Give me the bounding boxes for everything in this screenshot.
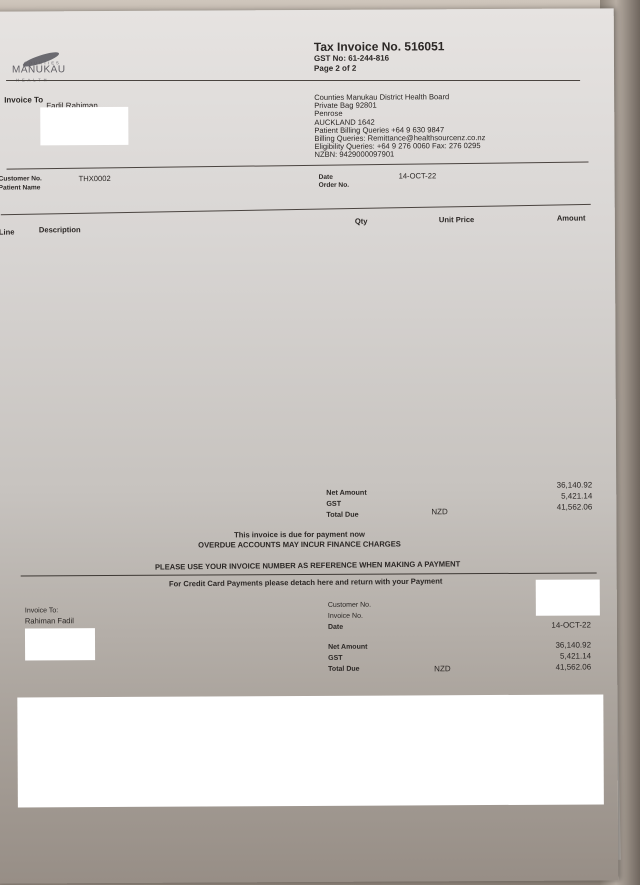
net-amount-label: Net Amount [326, 488, 367, 497]
redacted-bottom-section [17, 694, 604, 807]
remit-invoice-no-label: Invoice No. [328, 613, 363, 620]
reference-notice: PLEASE USE YOUR INVOICE NUMBER AS REFERE… [0, 558, 619, 574]
remit-total-due-label: Total Due [328, 666, 359, 673]
gst-value: 5,421.14 [561, 491, 592, 500]
remit-date-label: Date [328, 624, 343, 631]
redacted-address [40, 107, 128, 145]
remit-gst-value: 5,421.14 [560, 652, 591, 661]
column-header-amount: Amount [557, 214, 586, 223]
column-header-description: Description [39, 225, 81, 234]
date-label: Date [319, 174, 333, 181]
customer-no-value: THX0002 [79, 174, 111, 183]
net-amount-value: 36,140.92 [557, 480, 593, 489]
column-header-unit-price: Unit Price [439, 215, 474, 224]
remit-gst-label: GST [328, 655, 342, 662]
patient-name-label: Patient Name [0, 184, 40, 191]
total-due-currency: NZD [431, 507, 448, 516]
customer-no-label: Customer No. [0, 175, 42, 182]
detach-notice: For Credit Card Payments please detach h… [0, 575, 617, 591]
remit-currency: NZD [434, 664, 451, 673]
overdue-notice: OVERDUE ACCOUNTS MAY INCUR FINANCE CHARG… [0, 538, 611, 550]
date-value: 14-OCT-22 [399, 171, 437, 180]
logo-main-text: MANUKAU [12, 64, 66, 75]
issuer-line: NZBN: 9429000097901 [314, 150, 485, 159]
divider-table [1, 204, 591, 215]
divider-address [7, 161, 589, 169]
remit-date-value: 14-OCT-22 [551, 621, 591, 630]
invoice-to-label: Invoice To [4, 95, 43, 104]
redacted-remit-address [25, 628, 95, 660]
page-number: Page 2 of 2 [314, 64, 356, 73]
column-header-qty: Qty [355, 217, 368, 226]
order-no-label: Order No. [319, 182, 349, 189]
gst-label: GST [326, 499, 341, 508]
remit-net-amount-value: 36,140.92 [555, 641, 591, 650]
issuer-address: Counties Manukau District Health Board P… [314, 93, 485, 160]
remit-name: Rahiman Fadil [25, 616, 74, 625]
invoice-page: COUNTIES MANUKAU HEALTH Tax Invoice No. … [0, 8, 618, 883]
total-due-label: Total Due [326, 510, 358, 519]
gst-number: GST No: 61-244-816 [314, 54, 389, 63]
total-due-value: 41,562.06 [557, 502, 593, 511]
remit-net-amount-label: Net Amount [328, 644, 367, 651]
remit-invoice-to-label: Invoice To: [25, 607, 58, 614]
remit-customer-no-label: Customer No. [328, 602, 371, 609]
invoice-title: Tax Invoice No. 516051 [314, 39, 445, 54]
redacted-remit-ids [536, 579, 600, 615]
column-header-line: Line [0, 228, 15, 237]
remit-total-due-value: 41,562.06 [556, 663, 592, 672]
divider-header [6, 80, 580, 81]
